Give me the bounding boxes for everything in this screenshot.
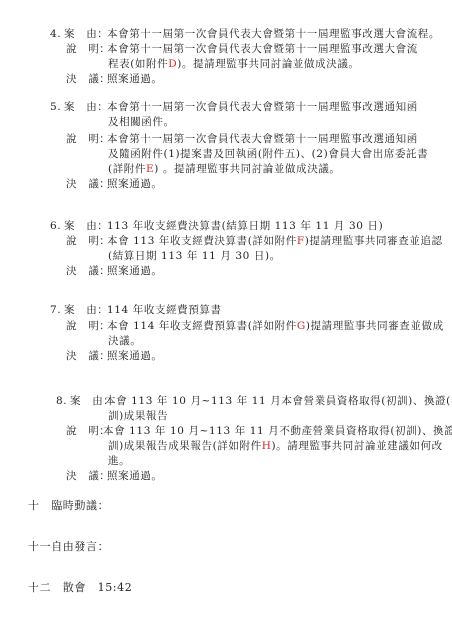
attachment-ref: G [297,320,306,332]
item-number: 7. [50,304,61,316]
resolution-text: 照案通過。 [107,265,163,277]
section-free-speech: 十一自由發言： [28,541,109,553]
reason-text: 本會第十一屆第一次會員代表大會暨第十一屆理監事改選通知函 [107,101,418,113]
explain-text-cont: (詳附件E) 。提請理監事共同討論並做成決議。 [108,163,341,175]
item-number: 5. [50,101,61,113]
section-provisional-motions: 十 臨時動議： [28,500,109,512]
reason-label: 案 由： [64,220,108,232]
reason-label: 案 由： [64,304,108,316]
resolution-text: 照案通過。 [107,350,163,362]
item-number: 6. [50,220,61,232]
explain-text-cont: 進。 [108,455,130,467]
resolution-label: 決 議： [66,265,110,277]
explain-text: 本會 114 年收支經費預算書(詳如附件G)提請理監事共同審查並做成 [107,320,444,332]
reason-label: 案 由： [64,101,108,113]
reason-text-cont: 及相關函件。 [108,116,175,128]
explain-text-cont: 決議。 [108,335,141,347]
resolution-text: 照案通過。 [107,178,163,190]
explain-text-cont: 訓)成果報告成果報告(詳如附件H)。請理監事共同討論並建議如何改 [108,440,443,452]
reason-text: 113 年收支經費決算書(結算日期 113 年 11 月 30 日) [107,220,383,232]
explain-text-cont: (結算日期 113 年 11 月 30 日)。 [108,250,281,262]
resolution-label: 決 議： [66,470,110,482]
reason-text-cont: 訓)成果報告 [108,410,168,422]
reason-label: 案 由： [64,28,108,40]
attachment-ref: F [297,235,305,247]
item-number: 4. [50,28,61,40]
resolution-text: 照案通過。 [107,73,163,85]
attachment-ref: H [262,440,272,452]
explain-text: 本會第十一屆第一次會員代表大會暨第十一屆理監事改選通知函 [107,133,418,145]
resolution-label: 決 議： [66,73,110,85]
resolution-label: 決 議： [66,350,110,362]
explain-text-cont: 程表(如附件D)。提請理監事共同討論並做成決議。 [108,58,360,70]
explain-text: 本會第十一屆第一次會員代表大會暨第十一屆理監事改選大會流 [107,43,418,55]
explain-text: 本會 113 年收支經費決算書(詳如附件F)提請理監事共同審查並追認 [107,235,443,247]
resolution-text: 照案通過。 [107,470,163,482]
explain-text: 本會 113 年 10 月~113 年 11 月不動產營業員資格取得(初訓)、換… [103,425,452,437]
reason-text: 本會第十一屆第一次會員代表大會暨第十一屆理監事改選大會流程。 [107,28,440,40]
explain-label: 說 明： [66,43,110,55]
explain-label: 說 明： [66,133,110,145]
explain-label: 說 明： [66,320,110,332]
reason-text: 114 年收支經費預算書 [107,304,222,316]
attachment-ref: D [168,58,177,70]
explain-label: 說 明： [66,235,110,247]
resolution-label: 決 議： [66,178,110,190]
section-adjournment: 十二 散會 15:42 [28,582,132,594]
item-number: 8. [56,395,67,407]
explain-text-cont: 及隨函附件(1)提案書及回執函(附件五)、(2)會員大會出席委託書 [108,148,428,160]
reason-text: 本會 113 年 10 月~113 年 11 月本會營業員資格取得(初訓)、換證… [105,395,452,407]
